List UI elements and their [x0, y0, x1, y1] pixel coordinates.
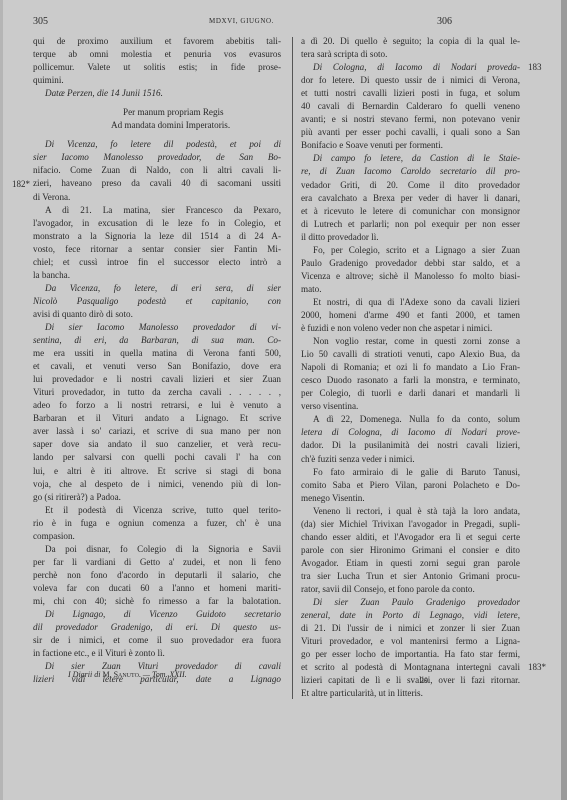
- text-line: è fuzidi e non voleno veder non che aspe…: [301, 322, 520, 335]
- text-line: a dì 20. Di quello è seguito; la copia d…: [301, 35, 520, 48]
- text-line: Vituri provedador, e vol mantenirsi ferm…: [301, 635, 520, 648]
- text-line: Et nostri, di qua di l'Adexe sono da cav…: [301, 296, 520, 309]
- text-line: lui provedador e li nostri cavali lizier…: [33, 373, 281, 386]
- text-line: nifacio. Come Zuan di Naldo, con li altr…: [33, 164, 281, 177]
- text-line: A dì 21. La matina, sier Francesco da Pe…: [33, 204, 281, 217]
- heading-line: re, di Zuan Iacomo Caroldo secretario di…: [301, 165, 520, 178]
- footer-author: M. Sanuto.: [102, 670, 140, 679]
- text-line: ch'è fuziti senza veder i nimici.: [301, 453, 520, 466]
- running-title: MDXVI, GIUGNO.: [209, 17, 274, 25]
- text-line: voleva far con ducati 60 a l'anno et hom…: [33, 582, 281, 595]
- text-line: go per esser locho de importantia. Ha fa…: [301, 648, 520, 661]
- text-line: di Verona.: [33, 191, 281, 204]
- text-line: Et il podestà di Vicenza scrive, tutto q…: [33, 504, 281, 517]
- footer-volume: — Tom. XXII.: [141, 670, 187, 679]
- text-line: sir de i nimici, et come il suo provedad…: [33, 634, 281, 647]
- text-line: vosto, fece ritornar a sentar consier si…: [33, 243, 281, 256]
- text-line: Bonifacio e Soave venuti per formenti.: [301, 139, 520, 152]
- text-line: Napoli di Romania; et ozi li fo mandato …: [301, 361, 520, 374]
- text-line: A dì 22, Domenega. Nulla fo da conto, so…: [301, 413, 520, 426]
- text-line: Fo, per Colegio, scrito et a Lignago a s…: [301, 244, 520, 257]
- heading-line: Di campo fo letere, da Castion di le Sta…: [301, 152, 520, 165]
- text-line: et scrito al podestà di Montagnana inter…: [301, 661, 520, 674]
- text-line: et cavali, et venuti verso San Bonifazio…: [33, 360, 281, 373]
- text-line: Avogador. Etiam in questi zorni segui gr…: [301, 557, 520, 570]
- left-column: qui de proximo auxilium et favorem abebi…: [33, 35, 281, 686]
- margin-note-183-star: 183*: [528, 662, 546, 672]
- text-line: Et altre particularità, ut in litteris.: [301, 687, 520, 700]
- heading-line: Da Vicenza, fo letere, di eri sera, di s…: [33, 282, 281, 295]
- text-line: Da poi disnar, fo Colegio di la Signoria…: [33, 543, 281, 556]
- heading-line: dil provedador Gradenigo, di eri. Di que…: [33, 621, 281, 634]
- text-line: parole con sier Hironimo Grimani el cons…: [301, 544, 520, 557]
- text-line: qui de proximo auxilium et favorem abebi…: [33, 35, 281, 48]
- text-line: avanti; e si nostri stevano fermi, non p…: [301, 113, 520, 126]
- text-line: voja, che al despeto de i nimici, venend…: [33, 478, 281, 491]
- text-line: il ditto provedador lì.: [301, 231, 520, 244]
- text-line: Fo fato armiraio di le galie di Baruto T…: [301, 466, 520, 479]
- text-line: aver lassà i so' cariazi, et scrive di s…: [33, 425, 281, 438]
- text-line: 40 cavali di Bernardin Calderaro fo quel…: [301, 100, 520, 113]
- text-line: comito Saba et Piero Vilan, paroni Polac…: [301, 479, 520, 492]
- text-line: in factione etc., e il Vituri è zonto lì…: [33, 647, 281, 660]
- heading-line: letera di Cologna, di Iacomo di Nodari p…: [301, 426, 520, 439]
- text-line: dador. Di la pusilanimità dei nostri cav…: [301, 439, 520, 452]
- heading-line: Di sier Iacomo Manolesso provedador di v…: [33, 321, 281, 334]
- text-line: per Colegio, di tuorli e darli danari et…: [301, 387, 520, 400]
- text-line: menego Visentin.: [301, 492, 520, 505]
- page-edge-right: [561, 0, 567, 800]
- text-line: mi, chi con 40; sichè fo rimesso a far l…: [33, 595, 281, 608]
- text-line: pollicemur. Valete ut solitis estis; in …: [33, 61, 281, 74]
- text-line: vedador Griti, di 20. Come il dito prove…: [301, 179, 520, 192]
- heading-line: Di Lignago, di Vicenzo Guidoto secretari…: [33, 608, 281, 621]
- text-line: l'avogador, in excusation di le leze fo …: [33, 217, 281, 230]
- text-line: dor fo letere. Di questo ussir de i nimi…: [301, 74, 520, 87]
- text-line: adeo fo forzo a li nostri retrarsi, e lu…: [33, 399, 281, 412]
- heading-line: sier Iacomo Manolesso provedador, de San…: [33, 151, 281, 164]
- text-line: Vituri provedador, in tutto da zercha ca…: [33, 386, 281, 399]
- text-line: Lio 50 cavalli di stratioti venuti, capo…: [301, 348, 520, 361]
- column-divider: [292, 37, 293, 699]
- text-line: chando esser alditi, et l'Avogador era l…: [301, 531, 520, 544]
- text-line: me era ussiti in quella matina di Verona…: [33, 347, 281, 360]
- text-line: tra sier Lucha Trun et sier Antonio Grim…: [301, 570, 520, 583]
- text-line: di 21. Di l'ussir de i nimici et zonzer …: [301, 622, 520, 635]
- footer-title: I Diarii di: [68, 670, 102, 679]
- heading-line: Di sier Zuan Paulo Gradenigo provedador: [301, 596, 520, 609]
- left-page-number: 305: [33, 16, 48, 27]
- text-line: et tutti nostri cavalli lizieri posti in…: [301, 87, 520, 100]
- text-line: cesco Duodo rasonato a farli la monstra,…: [301, 374, 520, 387]
- text-line: saper dove sia andato il suo canzelier, …: [33, 438, 281, 451]
- text-line: (da) sier Michiel Trivixan l'avogador in…: [301, 518, 520, 531]
- margin-note-182: 182*: [12, 179, 30, 189]
- text-line: lui, e altri è iti altrove. Et scrive si…: [33, 465, 281, 478]
- text-line: Veneno li rectori, i qual è stà tajà la …: [301, 505, 520, 518]
- text-line: go (si ritirerà?) a Padoa.: [33, 491, 281, 504]
- footer-signature: I Diarii di M. Sanuto. — Tom. XXII.: [68, 670, 187, 679]
- text-line: avisi di quanto dirò di soto.: [33, 308, 281, 321]
- text-line: zieri, haveano preso da cavali 40 di sac…: [33, 177, 281, 190]
- text-line: rio è in fuga e ogniun comenza a fuzer, …: [33, 517, 281, 530]
- margin-note-183: 183: [528, 62, 542, 72]
- text-line: compasion.: [33, 530, 281, 543]
- right-column: a dì 20. Di quello è seguito; la copia d…: [301, 35, 520, 700]
- text-line: Vicenza e altrove; sichè il Manolesso fo…: [301, 270, 520, 283]
- signature-number: 20: [420, 676, 428, 685]
- signature-line: Ad mandata domini Imperatoris.: [33, 119, 281, 132]
- right-page-number: 306: [437, 16, 452, 27]
- text-line: rator, savii dil Consejo, et fono parole…: [301, 583, 520, 596]
- heading-line: Di Vicenza, fo letere dil podestà, et po…: [33, 138, 281, 151]
- date-line: Datæ Perzen, die 14 Junii 1516.: [33, 87, 281, 100]
- heading-line: Di Cologna, di Iacomo di Nodari proveda-: [301, 61, 520, 74]
- running-head: 305 MDXVI, GIUGNO. 306: [33, 16, 523, 30]
- heading-line: zeneral, date in Porto di Legnago, vidi …: [301, 609, 520, 622]
- text-line: quimini.: [33, 74, 281, 87]
- text-line: era cavalchato a Brexa per veder di have…: [301, 192, 520, 205]
- heading-line: sentina, di eri, da Barbaran, di sua man…: [33, 334, 281, 347]
- text-line: perchè non fono d'acordo in deputarli il…: [33, 569, 281, 582]
- page-edge-left: [0, 0, 3, 800]
- heading-line: Nicolò Pasqualigo podestà et capitanio, …: [33, 295, 281, 308]
- text-line: mato.: [301, 283, 520, 296]
- signature-line: Per manum propriam Regis: [33, 106, 281, 119]
- text-line: lizieri capitati de lì e li svalisi, ove…: [301, 674, 520, 687]
- text-line: più avanti per esser pochi cavalli, i qu…: [301, 126, 520, 139]
- text-line: Paulo Gradenigo provedador debbi star sa…: [301, 257, 520, 270]
- text-line: Barbaran et il Vituri andato a Lignago. …: [33, 412, 281, 425]
- text-line: chiel; et cussì introe fin el successor …: [33, 256, 281, 269]
- text-line: 2000, homeni d'arme 490 et fanti 2000, e…: [301, 309, 520, 322]
- text-line: lando per salvarsi con quelli pochi cava…: [33, 451, 281, 464]
- text-line: di Lutrech et parlarli; non pol exequir …: [301, 218, 520, 231]
- text-line: monstrato a la Signoria la leze dil 1514…: [33, 230, 281, 243]
- text-line: Non voglio restar, come in questi zorni …: [301, 335, 520, 348]
- text-line: la bancha.: [33, 269, 281, 282]
- text-line: per far li vardiani di Getto a' zudei, e…: [33, 556, 281, 569]
- text-line: et à ricevuto le letere di comunichar co…: [301, 205, 520, 218]
- text-line: verso visentina.: [301, 400, 520, 413]
- text-line: tera sarà scripta di soto.: [301, 48, 520, 61]
- text-line: terque ab omni molestia et penuria vos e…: [33, 48, 281, 61]
